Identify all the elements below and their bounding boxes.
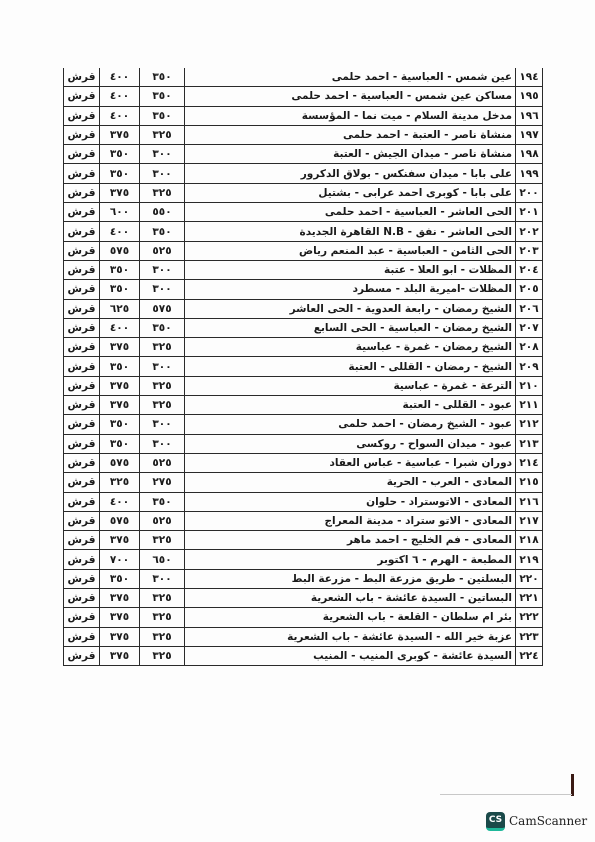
route-cell: الحى العاشر - العباسية - احمد حلمى — [185, 203, 516, 222]
table-row: قرش٥٧٥٥٢٥الحى الثامن - العباسية - عبد ال… — [64, 241, 543, 260]
line-number-cell: ٢٠٤ — [516, 260, 543, 279]
fare-old-cell: ٣٠٠ — [140, 164, 185, 183]
camscanner-logo-icon: CS — [486, 812, 505, 831]
table-row: قرش٣٥٠٣٠٠منشاة ناصر - ميدان الجيش - العت… — [64, 145, 543, 164]
currency-unit-cell: قرش — [64, 183, 100, 202]
currency-unit-cell: قرش — [64, 396, 100, 415]
route-cell: البساتين - السيدة عائشة - باب الشعرية — [185, 589, 516, 608]
route-cell: عبود - القللى - العتبة — [185, 396, 516, 415]
line-number-cell: ٢٢٣ — [516, 627, 543, 646]
table-row: قرش٣٥٠٣٠٠البسلتين - طريق مزرعة البط - مز… — [64, 569, 543, 588]
table-row: قرش٣٧٥٣٢٥بئر ام سلطان - القلعة - باب الش… — [64, 608, 543, 627]
currency-unit-cell: قرش — [64, 68, 100, 87]
route-cell: منشاة ناصر - العتبة - احمد حلمى — [185, 125, 516, 144]
route-cell: الترعة - غمرة - عباسية — [185, 376, 516, 395]
table-row: قرش٣٧٥٣٢٥السيدة عائشة - كوبرى المنيب - ا… — [64, 646, 543, 665]
route-cell: دوران شبرا - عباسية - عباس العقاد — [185, 453, 516, 472]
fare-old-cell: ٣٠٠ — [140, 280, 185, 299]
line-number-cell: ٢١٤ — [516, 453, 543, 472]
route-cell: الشيخ - رمضان - القللى - العتبة — [185, 357, 516, 376]
line-number-cell: ٢١٠ — [516, 376, 543, 395]
line-number-cell: ٢٠٠ — [516, 183, 543, 202]
line-number-cell: ٢٠٥ — [516, 280, 543, 299]
table-row: قرش٣٧٥٣٢٥الترعة - غمرة - عباسية٢١٠ — [64, 376, 543, 395]
fare-new-cell: ٣٥٠ — [100, 145, 140, 164]
currency-unit-cell: قرش — [64, 646, 100, 665]
camscanner-label: CamScanner — [509, 814, 587, 828]
line-number-cell: ٢٢١ — [516, 589, 543, 608]
fare-new-cell: ٣٧٥ — [100, 589, 140, 608]
line-number-cell: ١٩٦ — [516, 106, 543, 125]
fare-old-cell: ٦٥٠ — [140, 550, 185, 569]
fare-old-cell: ٣٢٥ — [140, 396, 185, 415]
fare-new-cell: ٤٠٠ — [100, 318, 140, 337]
table-row: قرش٣٧٥٣٢٥عزبة خير الله - السيدة عائشة - … — [64, 627, 543, 646]
table-row: قرش٤٠٠٣٥٠مساكن عين شمس - العباسية - احمد… — [64, 87, 543, 106]
fare-new-cell: ٣٧٥ — [100, 646, 140, 665]
line-number-cell: ١٩٤ — [516, 68, 543, 87]
currency-unit-cell: قرش — [64, 164, 100, 183]
line-number-cell: ٢٠٢ — [516, 222, 543, 241]
table-row: قرش٣٧٥٣٢٥عبود - القللى - العتبة٢١١ — [64, 396, 543, 415]
fare-new-cell: ٣٧٥ — [100, 183, 140, 202]
table-row: قرش٣٧٥٣٢٥البساتين - السيدة عائشة - باب ا… — [64, 589, 543, 608]
fare-new-cell: ٣٧٥ — [100, 608, 140, 627]
fare-new-cell: ٣٧٥ — [100, 627, 140, 646]
line-number-cell: ١٩٨ — [516, 145, 543, 164]
fare-new-cell: ٣٥٠ — [100, 280, 140, 299]
fare-new-cell: ٣٧٥ — [100, 376, 140, 395]
route-cell: الشيخ رمضان - العباسية - الحى السابع — [185, 318, 516, 337]
currency-unit-cell: قرش — [64, 222, 100, 241]
table-row: قرش٥٧٥٥٢٥المعادى - الاتو ستراد - مدينة ا… — [64, 511, 543, 530]
fare-new-cell: ٣٧٥ — [100, 125, 140, 144]
table-row: قرش٣٥٠٣٠٠عبود - ميدان السواح - روكسى٢١٣ — [64, 434, 543, 453]
currency-unit-cell: قرش — [64, 415, 100, 434]
fare-table: قرش٤٠٠٣٥٠عين شمس - العباسية - احمد حلمى١… — [63, 68, 543, 666]
fare-old-cell: ٣٢٥ — [140, 531, 185, 550]
table-row: قرش٦٢٥٥٧٥الشيخ رمضان - رابعة العدوية - ا… — [64, 299, 543, 318]
fare-new-cell: ٣٢٥ — [100, 473, 140, 492]
currency-unit-cell: قرش — [64, 531, 100, 550]
currency-unit-cell: قرش — [64, 627, 100, 646]
line-number-cell: ١٩٩ — [516, 164, 543, 183]
currency-unit-cell: قرش — [64, 203, 100, 222]
fare-old-cell: ٢٧٥ — [140, 473, 185, 492]
currency-unit-cell: قرش — [64, 453, 100, 472]
fare-new-cell: ٣٥٠ — [100, 164, 140, 183]
table-row: قرش٣٧٥٣٢٥المعادى - فم الخليج - احمد ماهر… — [64, 531, 543, 550]
fare-new-cell: ٦٠٠ — [100, 203, 140, 222]
line-number-cell: ٢٢٤ — [516, 646, 543, 665]
fare-old-cell: ٥٥٠ — [140, 203, 185, 222]
route-cell: الحى الثامن - العباسية - عبد المنعم رياض — [185, 241, 516, 260]
table-row: قرش٣٥٠٣٠٠عبود - الشيخ رمضان - احمد حلمى٢… — [64, 415, 543, 434]
route-cell: الشيخ رمضان - رابعة العدوية - الحى العاش… — [185, 299, 516, 318]
currency-unit-cell: قرش — [64, 125, 100, 144]
scan-edge-mark — [571, 774, 574, 796]
line-number-cell: ٢١٧ — [516, 511, 543, 530]
currency-unit-cell: قرش — [64, 241, 100, 260]
line-number-cell: ٢١٩ — [516, 550, 543, 569]
fare-new-cell: ٤٠٠ — [100, 68, 140, 87]
table-row: قرش٤٠٠٣٥٠عين شمس - العباسية - احمد حلمى١… — [64, 68, 543, 87]
line-number-cell: ٢١٥ — [516, 473, 543, 492]
route-cell: على بابا - ميدان سفنكس - بولاق الدكرور — [185, 164, 516, 183]
currency-unit-cell: قرش — [64, 260, 100, 279]
table-row: قرش٤٠٠٣٥٠الشيخ رمضان - العباسية - الحى ا… — [64, 318, 543, 337]
table-row: قرش٤٠٠٣٥٠المعادى - الاتوستراد - حلوان٢١٦ — [64, 492, 543, 511]
route-cell: منشاة ناصر - ميدان الجيش - العتبة — [185, 145, 516, 164]
currency-unit-cell: قرش — [64, 473, 100, 492]
line-number-cell: ٢٢٢ — [516, 608, 543, 627]
fare-new-cell: ٣٥٠ — [100, 415, 140, 434]
fare-old-cell: ٣٠٠ — [140, 569, 185, 588]
fare-new-cell: ٥٧٥ — [100, 241, 140, 260]
route-cell: الحى العاشر - نفق - N.B القاهرة الجديدة — [185, 222, 516, 241]
table-row: قرش٦٠٠٥٥٠الحى العاشر - العباسية - احمد ح… — [64, 203, 543, 222]
route-cell: مساكن عين شمس - العباسية - احمد حلمى — [185, 87, 516, 106]
currency-unit-cell: قرش — [64, 106, 100, 125]
line-number-cell: ٢١٣ — [516, 434, 543, 453]
table-row: قرش٧٠٠٦٥٠المطبعة - الهرم - ٦ اكتوبر٢١٩ — [64, 550, 543, 569]
fare-new-cell: ٥٧٥ — [100, 453, 140, 472]
line-number-cell: ٢٠٧ — [516, 318, 543, 337]
route-cell: عبود - الشيخ رمضان - احمد حلمى — [185, 415, 516, 434]
route-cell: المعادى - فم الخليج - احمد ماهر — [185, 531, 516, 550]
fare-old-cell: ٥٧٥ — [140, 299, 185, 318]
route-cell: عين شمس - العباسية - احمد حلمى — [185, 68, 516, 87]
route-cell: المطبعة - الهرم - ٦ اكتوبر — [185, 550, 516, 569]
route-cell: الشيخ رمضان - غمرة - عباسية — [185, 338, 516, 357]
currency-unit-cell: قرش — [64, 145, 100, 164]
fare-new-cell: ٥٧٥ — [100, 511, 140, 530]
fare-old-cell: ٣٠٠ — [140, 415, 185, 434]
line-number-cell: ٢١٢ — [516, 415, 543, 434]
line-number-cell: ٢٢٠ — [516, 569, 543, 588]
fare-old-cell: ٣٢٥ — [140, 646, 185, 665]
currency-unit-cell: قرش — [64, 338, 100, 357]
fare-old-cell: ٣٥٠ — [140, 68, 185, 87]
fare-old-cell: ٣٠٠ — [140, 434, 185, 453]
fare-old-cell: ٣٠٠ — [140, 145, 185, 164]
table-row: قرش٣٥٠٣٠٠المظلات -اميرية البلد - مسطرد٢٠… — [64, 280, 543, 299]
table-row: قرش٣٧٥٣٢٥منشاة ناصر - العتبة - احمد حلمى… — [64, 125, 543, 144]
currency-unit-cell: قرش — [64, 511, 100, 530]
line-number-cell: ٢٠٣ — [516, 241, 543, 260]
table-row: قرش٣٢٥٢٧٥المعادى - العرب - الحرية٢١٥ — [64, 473, 543, 492]
table-row: قرش٣٧٥٣٢٥على بابا - كوبرى احمد عرابى - ب… — [64, 183, 543, 202]
fare-new-cell: ٦٢٥ — [100, 299, 140, 318]
fare-new-cell: ٤٠٠ — [100, 222, 140, 241]
table-row: قرش٣٥٠٣٠٠على بابا - ميدان سفنكس - بولاق … — [64, 164, 543, 183]
table-row: قرش٣٧٥٣٢٥الشيخ رمضان - غمرة - عباسية٢٠٨ — [64, 338, 543, 357]
fare-new-cell: ٣٧٥ — [100, 396, 140, 415]
fare-old-cell: ٣٥٠ — [140, 318, 185, 337]
route-cell: المظلات - ابو العلا - عتبة — [185, 260, 516, 279]
fare-new-cell: ٤٠٠ — [100, 492, 140, 511]
scanned-page: قرش٤٠٠٣٥٠عين شمس - العباسية - احمد حلمى١… — [0, 0, 595, 842]
fare-new-cell: ٤٠٠ — [100, 87, 140, 106]
route-cell: المعادى - العرب - الحرية — [185, 473, 516, 492]
fare-new-cell: ٣٥٠ — [100, 434, 140, 453]
fare-old-cell: ٥٢٥ — [140, 453, 185, 472]
fare-new-cell: ٣٧٥ — [100, 338, 140, 357]
fare-old-cell: ٣٥٠ — [140, 87, 185, 106]
route-cell: السيدة عائشة - كوبرى المنيب - المنيب — [185, 646, 516, 665]
fare-old-cell: ٣٠٠ — [140, 260, 185, 279]
fare-old-cell: ٣٢٥ — [140, 589, 185, 608]
currency-unit-cell: قرش — [64, 376, 100, 395]
fare-old-cell: ٣٥٠ — [140, 106, 185, 125]
fare-old-cell: ٥٢٥ — [140, 511, 185, 530]
currency-unit-cell: قرش — [64, 87, 100, 106]
route-cell: عبود - ميدان السواح - روكسى — [185, 434, 516, 453]
currency-unit-cell: قرش — [64, 434, 100, 453]
route-cell: البسلتين - طريق مزرعة البط - مزرعة البط — [185, 569, 516, 588]
fare-old-cell: ٣٢٥ — [140, 125, 185, 144]
currency-unit-cell: قرش — [64, 318, 100, 337]
route-cell: المعادى - الاتو ستراد - مدينة المعراج — [185, 511, 516, 530]
table-row: قرش٤٠٠٣٥٠الحى العاشر - نفق - N.B القاهرة… — [64, 222, 543, 241]
fare-old-cell: ٣٢٥ — [140, 627, 185, 646]
line-number-cell: ٢٠٦ — [516, 299, 543, 318]
fare-new-cell: ٣٥٠ — [100, 357, 140, 376]
fare-new-cell: ٣٥٠ — [100, 260, 140, 279]
currency-unit-cell: قرش — [64, 357, 100, 376]
fare-old-cell: ٣٢٥ — [140, 608, 185, 627]
fare-old-cell: ٣٢٥ — [140, 376, 185, 395]
fare-old-cell: ٥٢٥ — [140, 241, 185, 260]
currency-unit-cell: قرش — [64, 492, 100, 511]
currency-unit-cell: قرش — [64, 280, 100, 299]
line-number-cell: ١٩٧ — [516, 125, 543, 144]
fare-new-cell: ٤٠٠ — [100, 106, 140, 125]
currency-unit-cell: قرش — [64, 569, 100, 588]
route-cell: مدخل مدينة السلام - ميت نما - المؤسسة — [185, 106, 516, 125]
line-number-cell: ١٩٥ — [516, 87, 543, 106]
fare-old-cell: ٣٠٠ — [140, 357, 185, 376]
scan-edge-line — [440, 794, 572, 795]
fare-old-cell: ٣٥٠ — [140, 222, 185, 241]
currency-unit-cell: قرش — [64, 299, 100, 318]
table-row: قرش٣٥٠٣٠٠الشيخ - رمضان - القللى - العتبة… — [64, 357, 543, 376]
route-cell: عزبة خير الله - السيدة عائشة - باب الشعر… — [185, 627, 516, 646]
table-row: قرش٤٠٠٣٥٠مدخل مدينة السلام - ميت نما - ا… — [64, 106, 543, 125]
fare-old-cell: ٣٥٠ — [140, 492, 185, 511]
fare-old-cell: ٣٢٥ — [140, 183, 185, 202]
table-row: قرش٥٧٥٥٢٥دوران شبرا - عباسية - عباس العق… — [64, 453, 543, 472]
currency-unit-cell: قرش — [64, 550, 100, 569]
route-cell: المعادى - الاتوستراد - حلوان — [185, 492, 516, 511]
currency-unit-cell: قرش — [64, 608, 100, 627]
fare-old-cell: ٣٢٥ — [140, 338, 185, 357]
line-number-cell: ٢٠١ — [516, 203, 543, 222]
line-number-cell: ٢١٨ — [516, 531, 543, 550]
table-row: قرش٣٥٠٣٠٠المظلات - ابو العلا - عتبة٢٠٤ — [64, 260, 543, 279]
fare-new-cell: ٣٧٥ — [100, 531, 140, 550]
line-number-cell: ٢٠٩ — [516, 357, 543, 376]
fare-new-cell: ٧٠٠ — [100, 550, 140, 569]
route-cell: المظلات -اميرية البلد - مسطرد — [185, 280, 516, 299]
line-number-cell: ٢٠٨ — [516, 338, 543, 357]
line-number-cell: ٢١١ — [516, 396, 543, 415]
currency-unit-cell: قرش — [64, 589, 100, 608]
route-cell: بئر ام سلطان - القلعة - باب الشعرية — [185, 608, 516, 627]
route-cell: على بابا - كوبرى احمد عرابى - بشتيل — [185, 183, 516, 202]
fare-new-cell: ٣٥٠ — [100, 569, 140, 588]
line-number-cell: ٢١٦ — [516, 492, 543, 511]
